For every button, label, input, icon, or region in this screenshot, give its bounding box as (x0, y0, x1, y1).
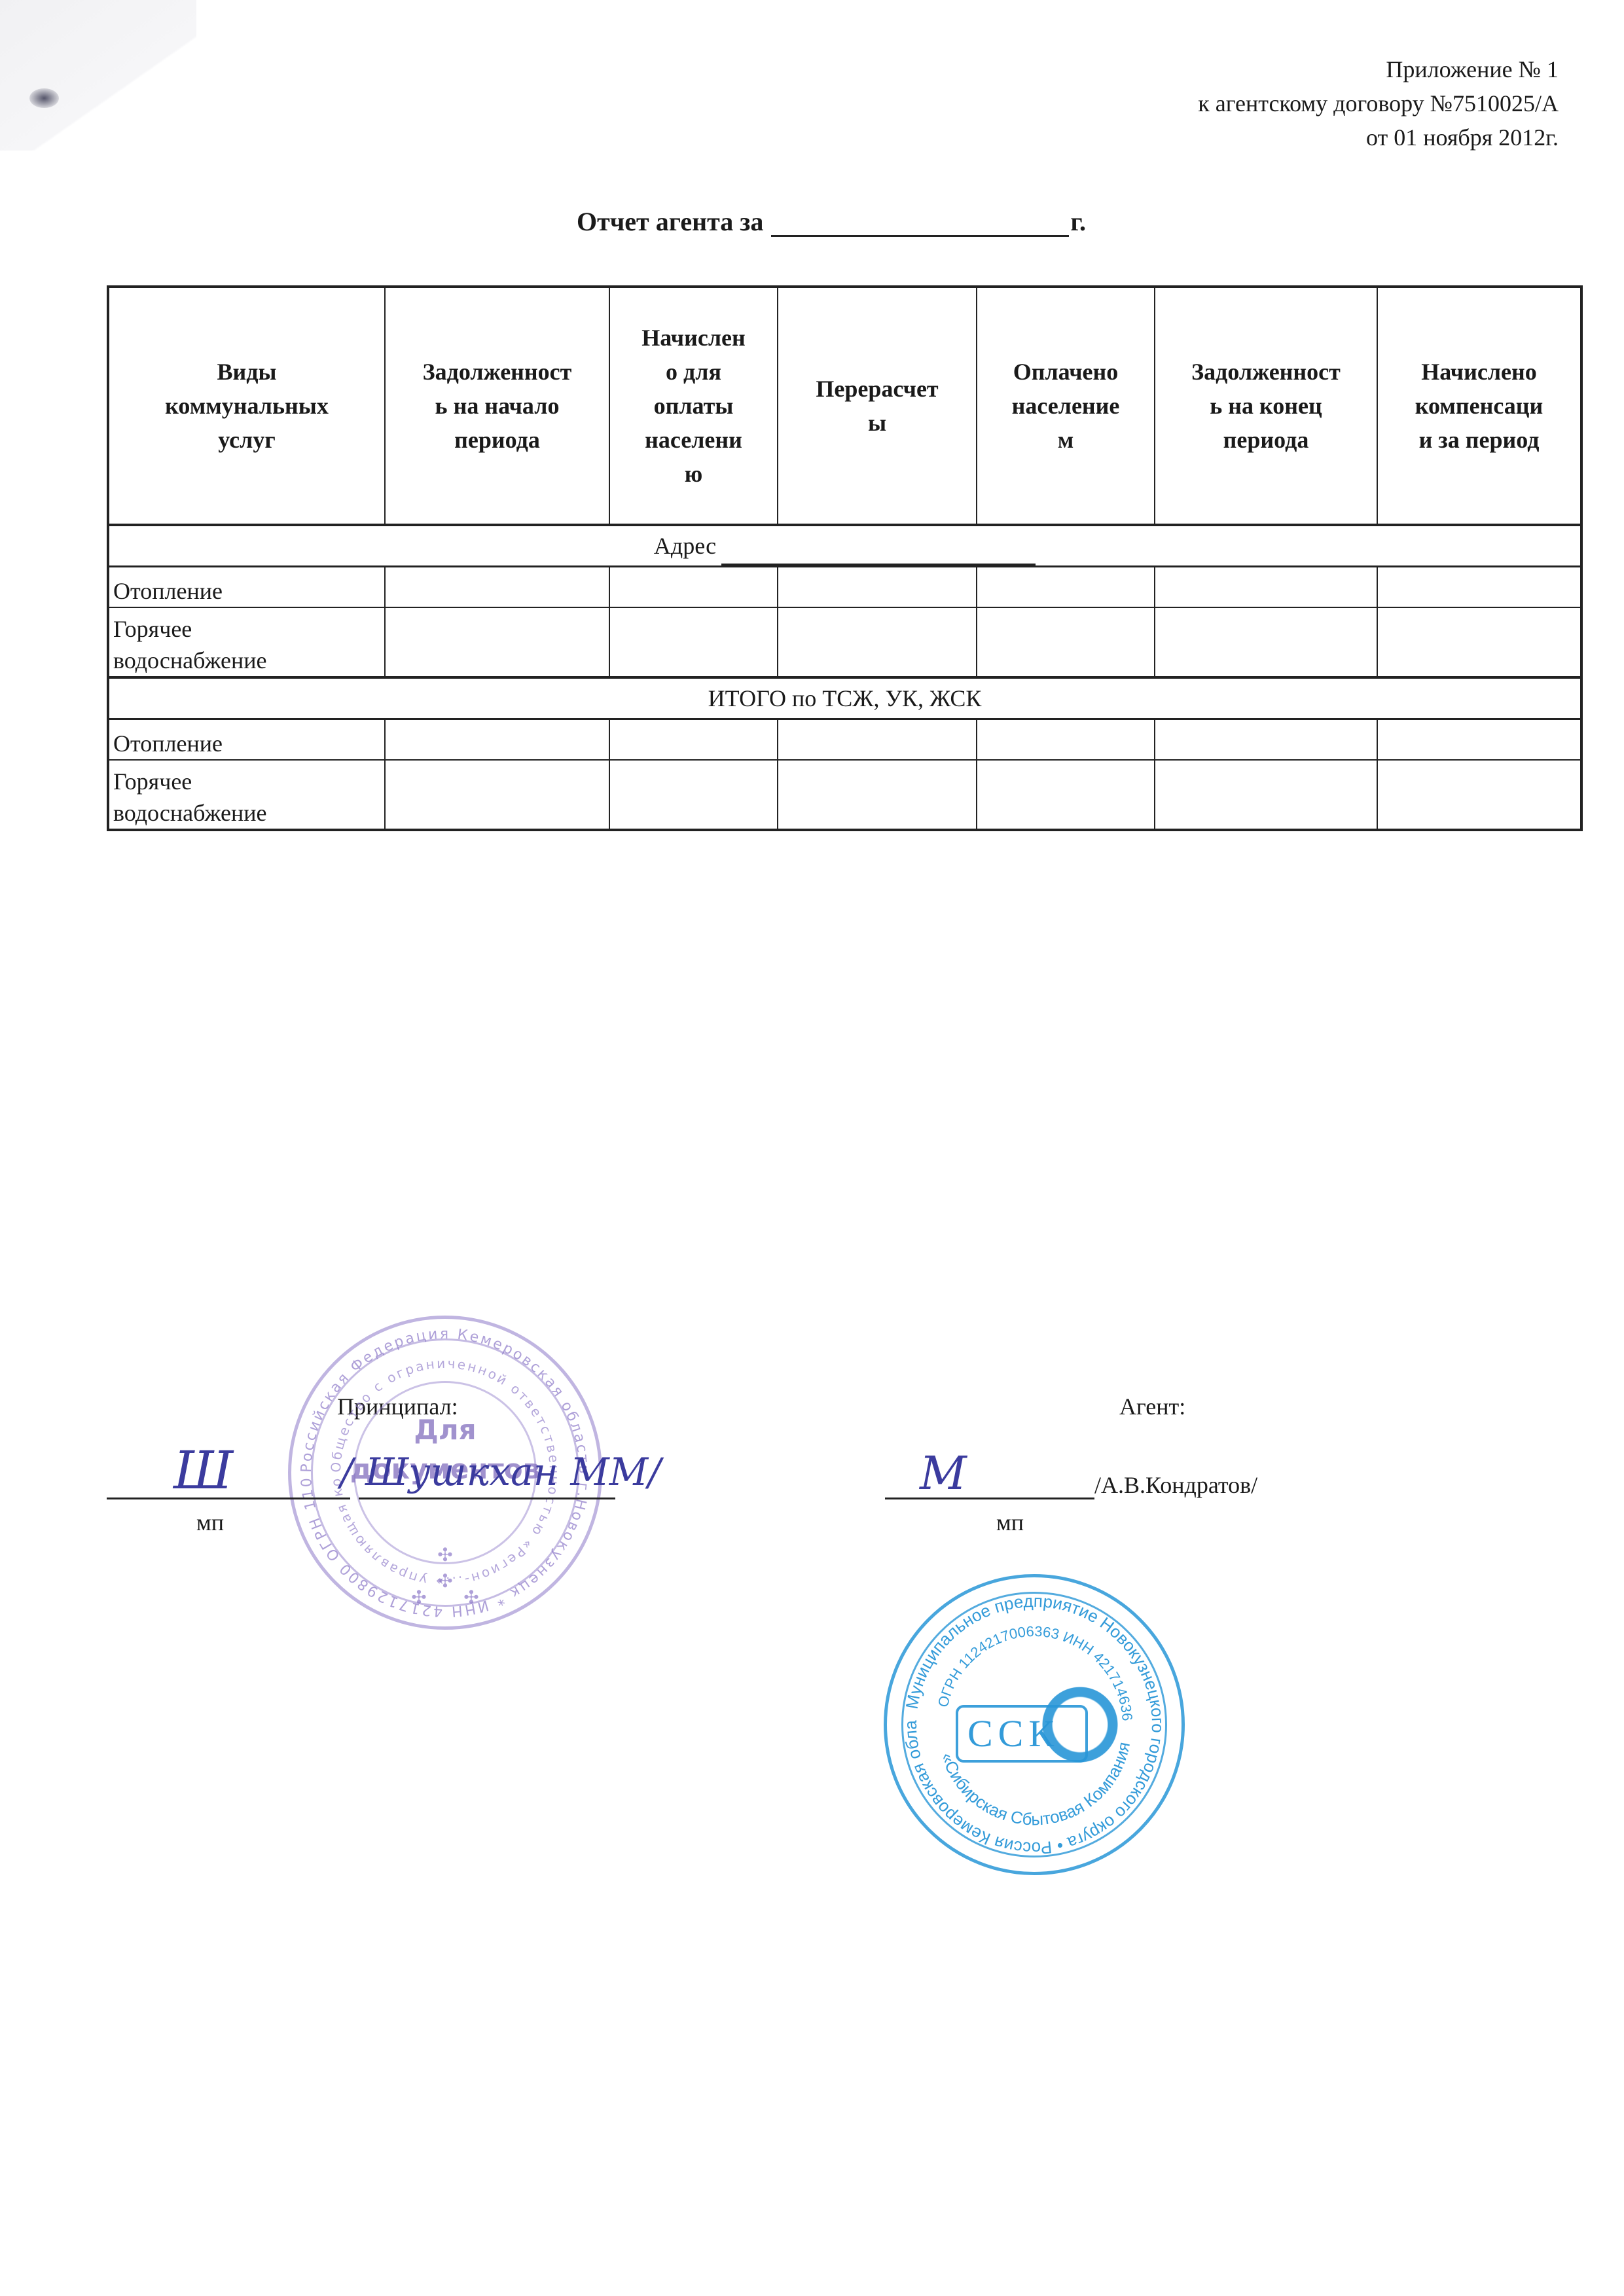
table-cell[interactable] (385, 719, 609, 761)
column-header-1: Задолженность на началопериода (385, 287, 609, 525)
report-period-field[interactable] (771, 209, 1069, 237)
address-field[interactable] (721, 541, 1036, 565)
table-cell[interactable] (977, 567, 1155, 608)
svg-text:✣: ✣ (437, 1545, 452, 1566)
section-row: Адрес (108, 525, 1581, 567)
table-cell[interactable] (1377, 719, 1581, 761)
column-header-0: Видыкоммунальныхуслуг (108, 287, 385, 525)
agent-stamp: Муниципальное предприятие Новокузнецкого… (884, 1574, 1185, 1875)
agent-signature-line[interactable] (885, 1498, 1094, 1499)
agent-name: /А.В.Кондратов/ (1094, 1471, 1257, 1499)
table-cell[interactable] (977, 719, 1155, 761)
svg-text:✣: ✣ (437, 1571, 452, 1592)
section-row: ИТОГО по ТСЖ, УК, ЖСК (108, 677, 1581, 719)
agent-report-table: ВидыкоммунальныхуслугЗадолженность на на… (107, 285, 1583, 831)
principal-seal-mark: мп (196, 1509, 224, 1536)
table-cell[interactable] (778, 760, 977, 830)
principal-name-line (359, 1498, 615, 1499)
table-cell[interactable] (977, 760, 1155, 830)
table-cell[interactable] (385, 567, 609, 608)
table-row: Горячееводоснабжение (108, 760, 1581, 830)
table-cell[interactable] (609, 607, 778, 677)
table-cell[interactable] (385, 760, 609, 830)
agent-signature: М (920, 1446, 967, 1500)
table-cell[interactable] (1155, 567, 1377, 608)
table-cell[interactable] (778, 719, 977, 761)
table-cell[interactable] (778, 607, 977, 677)
principal-name-handwritten: / Шушкхан ММ/ (340, 1450, 661, 1494)
agent-label: Агент: (1119, 1393, 1185, 1420)
table-cell[interactable] (1155, 719, 1377, 761)
table-row: Горячееводоснабжение (108, 607, 1581, 677)
ssk-logo: ССК (956, 1705, 1088, 1763)
svg-text:✣: ✣ (411, 1588, 426, 1608)
agent-seal-mark: мп (996, 1509, 1024, 1536)
column-header-2: Начислено дляоплатынаселению (609, 287, 778, 525)
appendix-header: Приложение № 1 к агентскому договору №75… (1198, 52, 1559, 154)
column-header-6: Начисленокомпенсации за период (1377, 287, 1581, 525)
section-label: Адрес (654, 533, 716, 559)
table-cell[interactable] (977, 607, 1155, 677)
report-title-suffix: г. (1070, 207, 1086, 236)
column-header-3: Перерасчеты (778, 287, 977, 525)
column-header-5: Задолженность на конецпериода (1155, 287, 1377, 525)
scan-corner-fold (0, 0, 196, 151)
table-cell[interactable] (1377, 760, 1581, 830)
table-cell[interactable] (1155, 607, 1377, 677)
table-header-row: ВидыкоммунальныхуслугЗадолженность на на… (108, 287, 1581, 525)
service-name: Отопление (108, 567, 385, 608)
principal-signature: Ш (173, 1440, 233, 1501)
column-header-4: Оплаченонаселением (977, 287, 1155, 525)
appendix-number: Приложение № 1 (1198, 52, 1559, 86)
table-cell[interactable] (778, 567, 977, 608)
table-cell[interactable] (609, 719, 778, 761)
appendix-contract-date: от 01 ноября 2012г. (1198, 120, 1559, 154)
service-name: Горячееводоснабжение (108, 607, 385, 677)
table-cell[interactable] (609, 760, 778, 830)
appendix-contract-ref: к агентскому договору №7510025/А (1198, 86, 1559, 120)
table-row: Отопление (108, 567, 1581, 608)
table-cell[interactable] (1377, 567, 1581, 608)
report-title: Отчет агента за г. (0, 206, 1624, 237)
section-label: ИТОГО по ТСЖ, УК, ЖСК (708, 685, 982, 711)
svg-text:✣: ✣ (463, 1588, 478, 1608)
table-cell[interactable] (385, 607, 609, 677)
table-row: Отопление (108, 719, 1581, 761)
table-cell[interactable] (609, 567, 778, 608)
table-cell[interactable] (1155, 760, 1377, 830)
table-cell[interactable] (1377, 607, 1581, 677)
service-name: Горячееводоснабжение (108, 760, 385, 830)
principal-signature-line[interactable] (107, 1498, 350, 1499)
scan-smudge (29, 88, 59, 108)
report-title-prefix: Отчет агента за (577, 207, 763, 236)
service-name: Отопление (108, 719, 385, 761)
